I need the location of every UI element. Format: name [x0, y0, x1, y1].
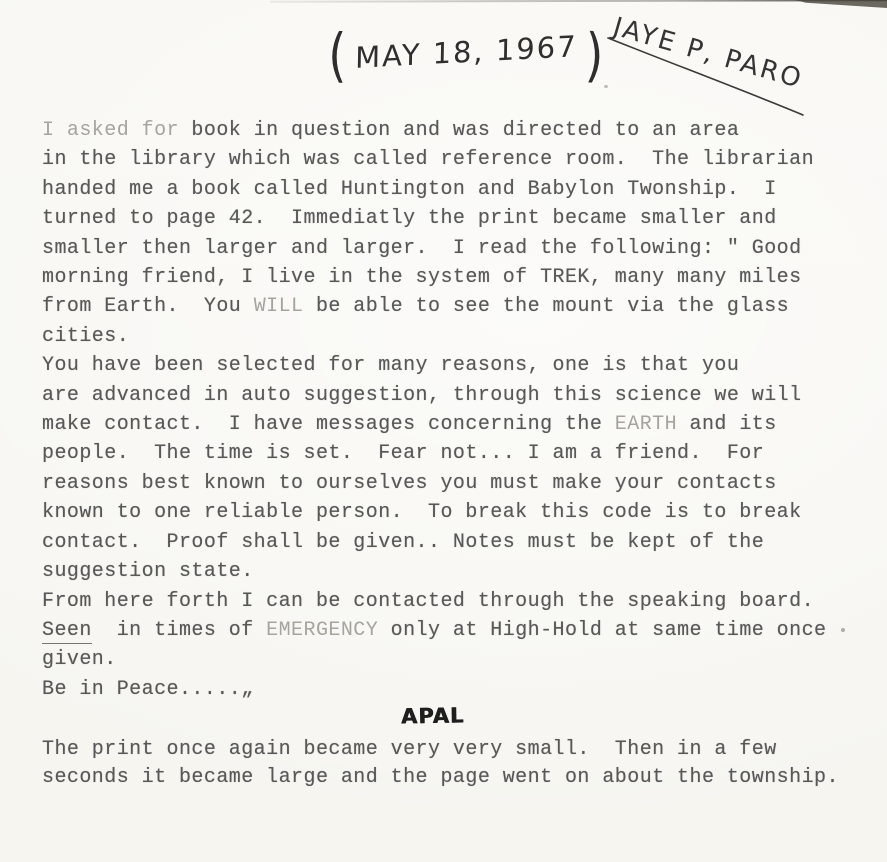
typed-segment-faded: EARTH	[615, 413, 677, 436]
typed-segment: morning friend, I live in the system of …	[42, 266, 802, 289]
typed-segment: in the library which was called referenc…	[42, 148, 814, 171]
typed-line: make contact. I have messages concerning…	[42, 410, 827, 439]
typed-segment: cities.	[42, 325, 129, 348]
typed-segment: Be in Peace.....„	[42, 678, 254, 701]
typed-segment: in times of	[92, 619, 266, 642]
typed-segment: suggestion state.	[42, 560, 254, 583]
typed-line: You have been selected for many reasons,…	[42, 351, 827, 380]
typed-segment: and its	[677, 413, 777, 436]
typed-line: cities.	[42, 322, 827, 351]
typed-line: contact. Proof shall be given.. Notes mu…	[42, 528, 827, 557]
typed-segment: are advanced in auto suggestion, through…	[42, 384, 802, 407]
typed-segment-faded: I asked for	[42, 119, 179, 142]
scan-artifact-top-edge	[270, 0, 887, 3]
typed-line: in the library which was called referenc…	[42, 145, 827, 174]
typed-line: from Earth. You WILL be able to see the …	[42, 292, 827, 321]
typed-segment-underline: Seen	[42, 619, 92, 644]
typed-line: handed me a book called Huntington and B…	[42, 175, 827, 204]
typed-segment: known to one reliable person. To break t…	[42, 501, 802, 524]
typed-segment: people. The time is set. Fear not... I a…	[42, 442, 764, 465]
stray-pen-mark	[604, 85, 608, 88]
typed-line: suggestion state.	[42, 557, 827, 586]
typed-line: smaller then larger and larger. I read t…	[42, 234, 827, 263]
typed-segment: turned to page 42. Immediatly the print …	[42, 207, 777, 230]
typed-line: reasons best known to ourselves you must…	[42, 469, 827, 498]
typed-segment: contact. Proof shall be given.. Notes mu…	[42, 531, 764, 554]
document-page: ( MAY 18, 1967 ) JAYE P, PARO I asked fo…	[0, 0, 887, 862]
stray-typed-dot	[841, 628, 845, 632]
typed-line: morning friend, I live in the system of …	[42, 263, 827, 292]
typed-segment: smaller then larger and larger. I read t…	[42, 237, 802, 260]
handwritten-date: ( MAY 18, 1967 )	[326, 26, 606, 84]
typed-line: known to one reliable person. To break t…	[42, 498, 827, 527]
date-open-paren: (	[328, 26, 346, 84]
typed-segment: seconds it became large and the page wen…	[42, 766, 839, 789]
typed-line: I asked for book in question and was dir…	[42, 116, 827, 145]
date-text: MAY 18, 1967	[354, 29, 577, 81]
typed-segment-faded: WILL	[254, 295, 304, 318]
typed-segment-faded: EMERGENCY	[266, 619, 378, 642]
typed-line: turned to page 42. Immediatly the print …	[42, 204, 827, 233]
typed-segment: handed me a book called Huntington and B…	[42, 178, 777, 201]
typed-segment: book in question and was directed to an …	[179, 119, 739, 142]
typed-line: Seen in times of EMERGENCY only at High-…	[42, 616, 827, 645]
typed-closing: The print once again became very very sm…	[42, 736, 839, 791]
typed-segment: be able to see the mount via the glass	[304, 295, 790, 318]
typed-body: I asked for book in question and was dir…	[42, 116, 827, 704]
name-underline-stroke	[598, 28, 816, 128]
typed-segment: From here forth I can be contacted throu…	[42, 590, 814, 613]
typed-segment: only at High-Hold at same time once	[378, 619, 826, 642]
typed-segment: make contact. I have messages concerning…	[42, 413, 615, 436]
typed-line: given.	[42, 645, 827, 674]
typed-segment: You have been selected for many reasons,…	[42, 354, 739, 377]
typed-line: are advanced in auto suggestion, through…	[42, 381, 827, 410]
typed-segment: The print once again became very very sm…	[42, 738, 777, 761]
typed-segment: from Earth. You	[42, 295, 254, 318]
scan-artifact-top-right-corner	[795, 0, 887, 10]
typed-line: people. The time is set. Fear not... I a…	[42, 439, 827, 468]
typed-segment: reasons best known to ourselves you must…	[42, 472, 777, 495]
typed-line: The print once again became very very sm…	[42, 736, 839, 764]
typed-line: From here forth I can be contacted throu…	[42, 587, 827, 616]
typed-line: seconds it became large and the page wen…	[42, 764, 839, 792]
typed-segment: given.	[42, 648, 117, 671]
